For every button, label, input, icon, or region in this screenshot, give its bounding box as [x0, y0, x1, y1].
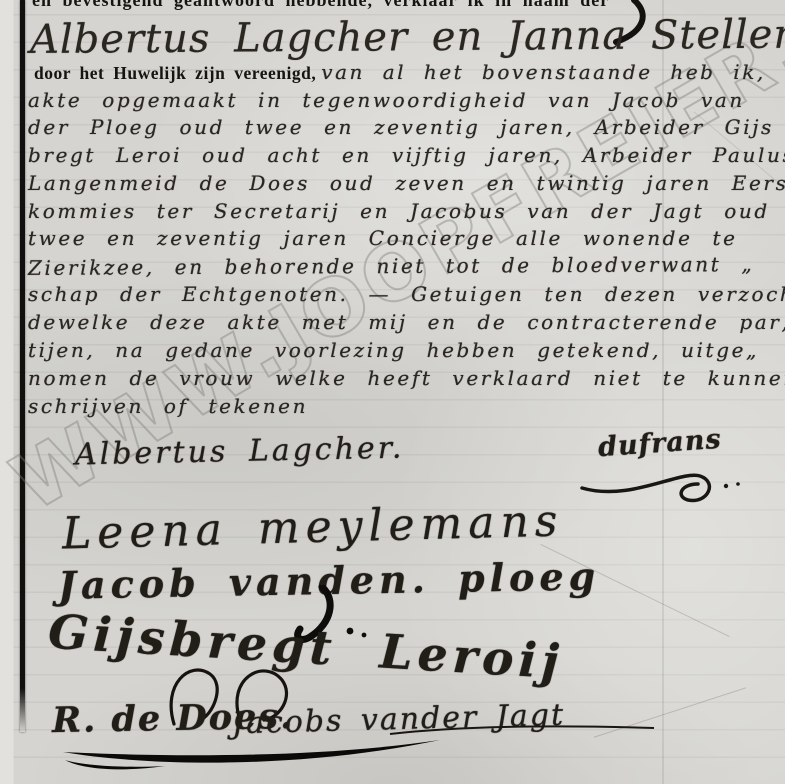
body-line: Zierikzee, en behorende niet tot de bloe… — [28, 252, 754, 280]
scanned-marriage-record: WWW.JOOPFREIER.NL en bevestigend geantwo… — [0, 0, 785, 784]
body-line: dewelke deze akte met mij en de contract… — [28, 310, 785, 334]
body-line: der Ploeg oud twee en zeventig jaren, Ar… — [28, 115, 785, 139]
signature-groom: Albertus Lagcher. — [75, 431, 405, 473]
lead-handwriting: van al het bovenstaande heb ik, — [321, 60, 765, 84]
body-line: schap der Echtgenoten. — Getuigen ten de… — [28, 282, 785, 306]
body-line: kommies ter Secretarij en Jacobus van de… — [28, 199, 770, 223]
body-line: twee en zeventig jaren Concierge alle wo… — [28, 226, 738, 250]
body-line: tijen, na gedane voorlezing hebben getek… — [28, 338, 759, 362]
margin-rule-line — [20, 0, 25, 732]
official-signature-flourish — [580, 462, 750, 512]
names-line: Albertus Lagcher en Janna Stelleman — [30, 11, 785, 63]
body-line: akte opgemaakt in tegenwoordigheid van J… — [28, 88, 745, 112]
body-line: Langenmeid de Does oud zeven en twintig … — [28, 171, 785, 195]
lead-row: door het Huwelijk zijn vereenigd, van al… — [34, 60, 766, 84]
ink-underline-blob — [55, 732, 455, 774]
signature-witness-meylemans: Leena meylemans — [61, 495, 564, 559]
body-line: schrijven of tekenen — [28, 394, 308, 418]
clipped-printed-line: en bevestigend geantwoord hebbende, verk… — [32, 0, 609, 11]
body-line: bregt Leroi oud acht en vijftig jaren, A… — [28, 143, 785, 167]
body-line: nomen de vrouw welke heeft verklaard nie… — [28, 366, 785, 390]
signature-official: dufrans — [597, 424, 723, 464]
printed-lead-text: door het Huwelijk zijn vereenigd, — [34, 63, 316, 83]
